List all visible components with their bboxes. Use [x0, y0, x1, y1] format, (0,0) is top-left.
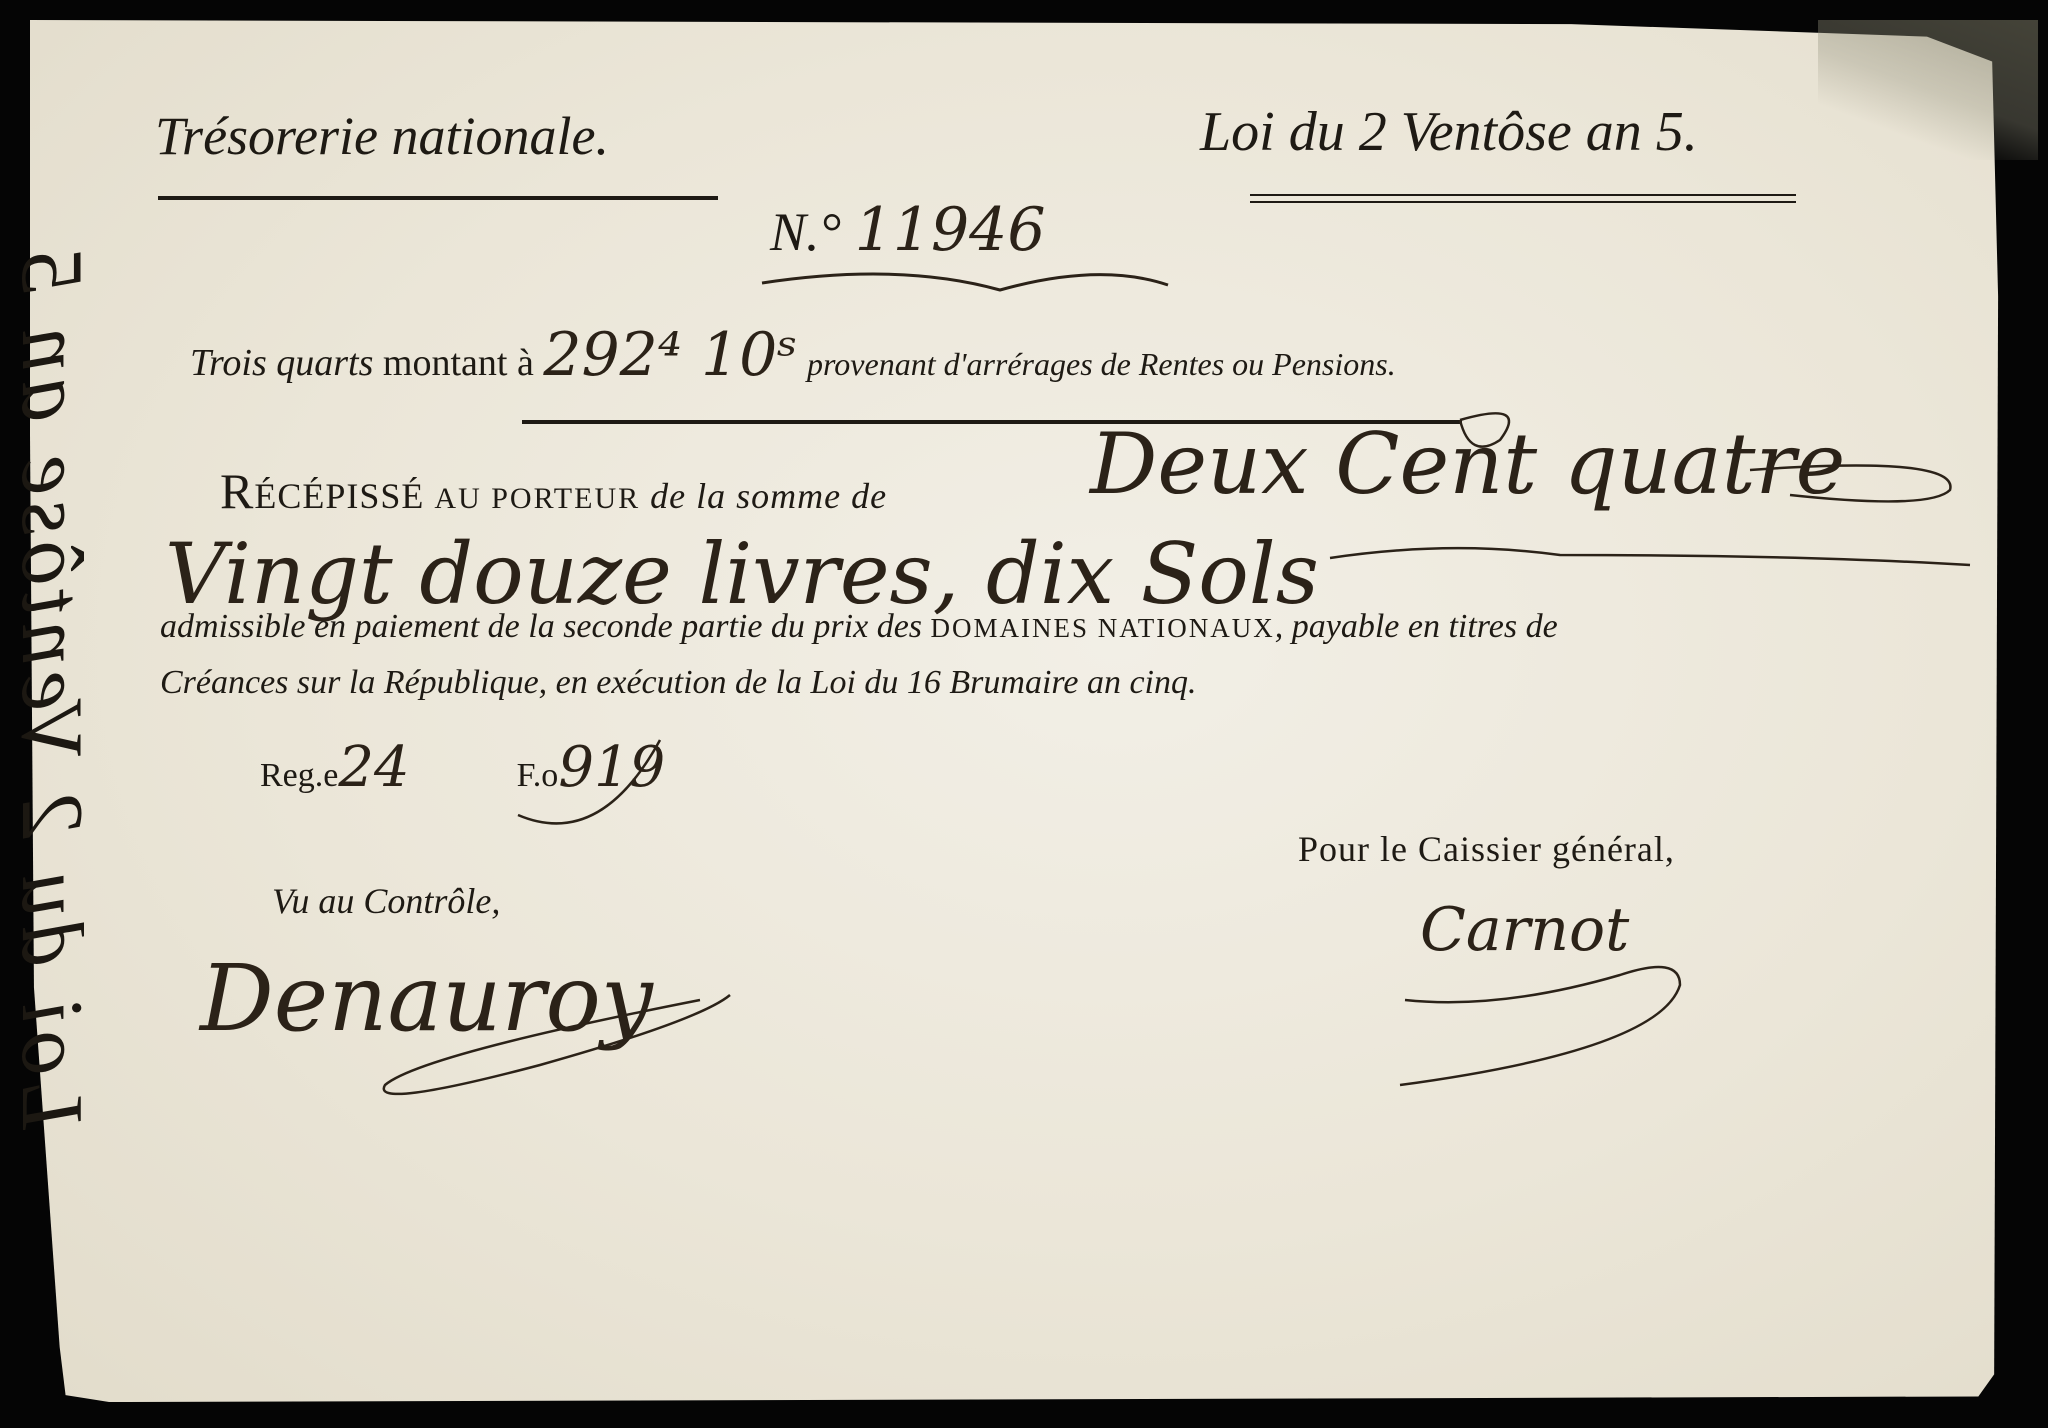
receipt-number: N.° 11946 [770, 195, 1046, 265]
reg-label: Reg.e [260, 757, 338, 794]
folio-label: F.o [517, 757, 559, 794]
caissier-signature: Carnot [1420, 895, 1629, 965]
folio-value: 919 [558, 735, 665, 800]
body-line-1-end: , payable en titres de [1275, 608, 1558, 645]
au-porteur: AU PORTEUR [434, 482, 640, 515]
amount-printed-start: Trois quarts [190, 342, 373, 384]
body-line-1-text: admissible en paiement de la seconde par… [160, 608, 922, 645]
handwritten-sum-line1: Deux Cent quatre [1090, 415, 1845, 513]
recepisse-heading: RÉCÉPISSÉ AU PORTEUR de la somme de [220, 462, 887, 520]
controle-label: Vu au Contrôle, [272, 880, 500, 922]
somme-de: de la somme de [650, 476, 887, 516]
caissier-label: Pour le Caissier général, [1298, 828, 1675, 870]
body-line-1: admissible en paiement de la seconde par… [160, 608, 1558, 646]
controle-signature: Denauroy [200, 945, 653, 1052]
header-left-title: Trésorerie nationale. [155, 105, 609, 167]
header-right-double-rule-bottom [1250, 201, 1796, 203]
reg-value: 24 [338, 735, 409, 800]
header-right-double-rule-top [1250, 194, 1796, 196]
torn-stub-mirrored-text: Loi du 2 Ventôse an 5 [2, 30, 102, 1130]
domaines-nationaux: DOMAINES NATIONAUX [931, 613, 1275, 643]
amount-printed-mid: montant à [383, 342, 534, 384]
body-line-2: Créances sur la République, en exécution… [160, 664, 1197, 702]
number-value: 11946 [855, 195, 1046, 265]
recepisse-word: ÉCÉPISSÉ [254, 476, 424, 516]
registry-line: Reg.e24 F.o919 [260, 735, 665, 800]
header-left-rule [158, 196, 718, 200]
recepisse-initial: R [220, 463, 254, 519]
amount-printed-end: provenant d'arrérages de Rentes ou Pensi… [807, 346, 1396, 382]
header-right-title: Loi du 2 Ventôse an 5. [1200, 100, 1698, 164]
amount-line: Trois quarts montant à 292⁴ 10ˢ provenan… [190, 320, 1396, 390]
amount-handwritten: 292⁴ 10ˢ [543, 320, 797, 390]
number-prefix: N.° [770, 202, 841, 262]
